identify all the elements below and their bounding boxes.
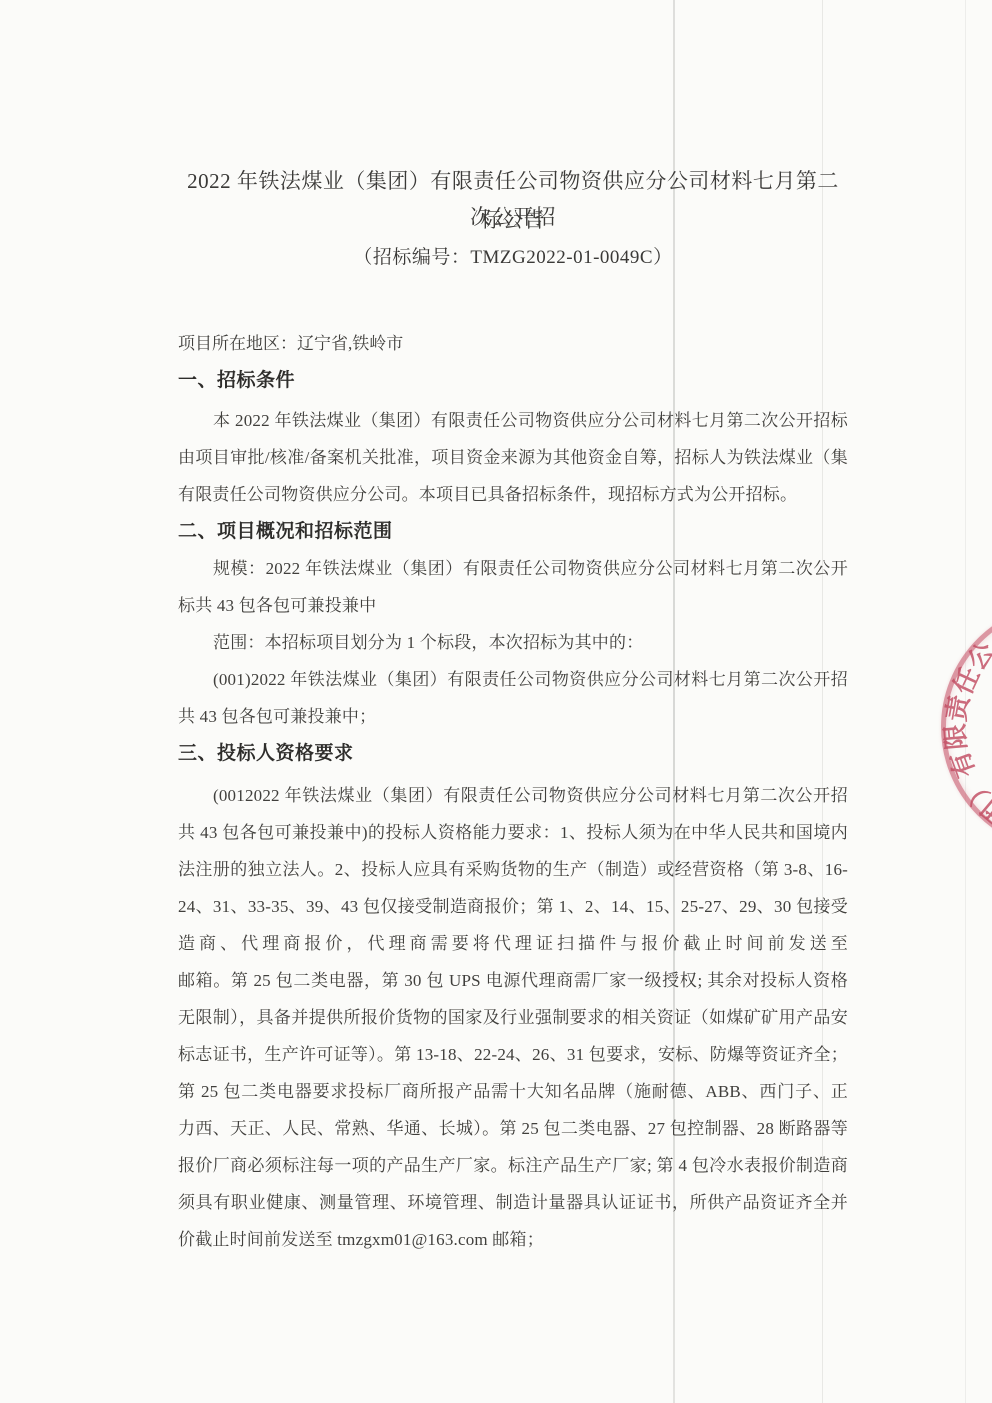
paragraph-line: 标志证书，生产许可证等）。第 13-18、22-24、26、31 包要求，安标、… [178,1040,848,1070]
paragraph-line: 须具有职业健康、测量管理、环境管理、制造计量器具认证证书，所供产品资证齐全并在报 [178,1188,848,1218]
paragraph-line: 力西、天正、人民、常熟、华通、长城）。第 25 包二类电器、27 包控制器、28… [178,1114,848,1144]
paragraph-line: 价截止时间前发送至 tmzgxm01@163.com 邮箱； [178,1225,848,1255]
paragraph-line: 范围：本招标项目划分为 1 个标段，本次招标为其中的： [178,628,848,658]
paragraph-line: 报价厂商必须标注每一项的产品生产厂家。标注产品生产厂家; 第 4 包冷水表报价制… [178,1151,848,1181]
paragraph-line: 法注册的独立法人。2、投标人应具有采购货物的生产（制造）或经营资格（第 3-8、… [178,855,848,885]
seal-character: 限 [934,722,973,751]
paragraph-line: 有限责任公司物资供应分公司。本项目已具备招标条件，现招标方式为公开招标。 [178,480,848,510]
paragraph-line: 规模：2022 年铁法煤业（集团）有限责任公司物资供应分公司材料七月第二次公开招 [178,554,848,584]
section-heading-1: 一、招标条件 [178,366,848,394]
paragraph-line: 24、31、33-35、39、43 包仅接受制造商报价；第 1、2、14、15、… [178,892,848,922]
paragraph-line: 造商、代理商报价，代理商需要将代理证扫描件与报价截止时间前发送至 tmzgxm0… [178,929,848,959]
paragraph-line: 第 25 包二类电器要求投标厂商所报产品需十大知名品牌（施耐德、ABB、西门子、… [178,1077,848,1107]
company-seal-stamp: 公 任 责 限 有 ） 团 [941,602,992,852]
document-title-line2: 标公告 [178,202,848,238]
paragraph-line: (001)2022 年铁法煤业（集团）有限责任公司物资供应分公司材料七月第二次公… [178,665,848,695]
section-heading-3: 三、投标人资格要求 [178,739,848,767]
scanned-document-page: 2022 年铁法煤业（集团）有限责任公司物资供应分公司材料七月第二次公开招 标公… [0,0,992,1403]
paragraph-line: 共 43 包各包可兼投兼中； [178,702,848,732]
paragraph-line: 本 2022 年铁法煤业（集团）有限责任公司物资供应分公司材料七月第二次公开招标… [178,406,848,436]
paragraph-line: 共 43 包各包可兼投兼中)的投标人资格能力要求：1、投标人须为在中华人民共和国… [178,818,848,848]
project-location-line: 项目所在地区：辽宁省,铁岭市 [178,331,848,357]
paragraph-line: 标共 43 包各包可兼投兼中 [178,591,848,621]
section-heading-2: 二、项目概况和招标范围 [178,517,848,545]
paragraph-line: 由项目审批/核准/备案机关批准，项目资金来源为其他资金自筹，招标人为铁法煤业（集… [178,443,848,473]
paragraph-line: (0012022 年铁法煤业（集团）有限责任公司物资供应分公司材料七月第二次公开… [178,781,848,811]
paragraph-line: 邮箱。第 25 包二类电器，第 30 包 UPS 电源代理商需厂家一级授权; 其… [178,966,848,996]
tender-number: （招标编号：TMZG2022-01-0049C） [178,241,848,275]
paragraph-line: 无限制），具备并提供所报价货物的国家及行业强制要求的相关资证（如煤矿矿用产品安全 [178,1003,848,1033]
